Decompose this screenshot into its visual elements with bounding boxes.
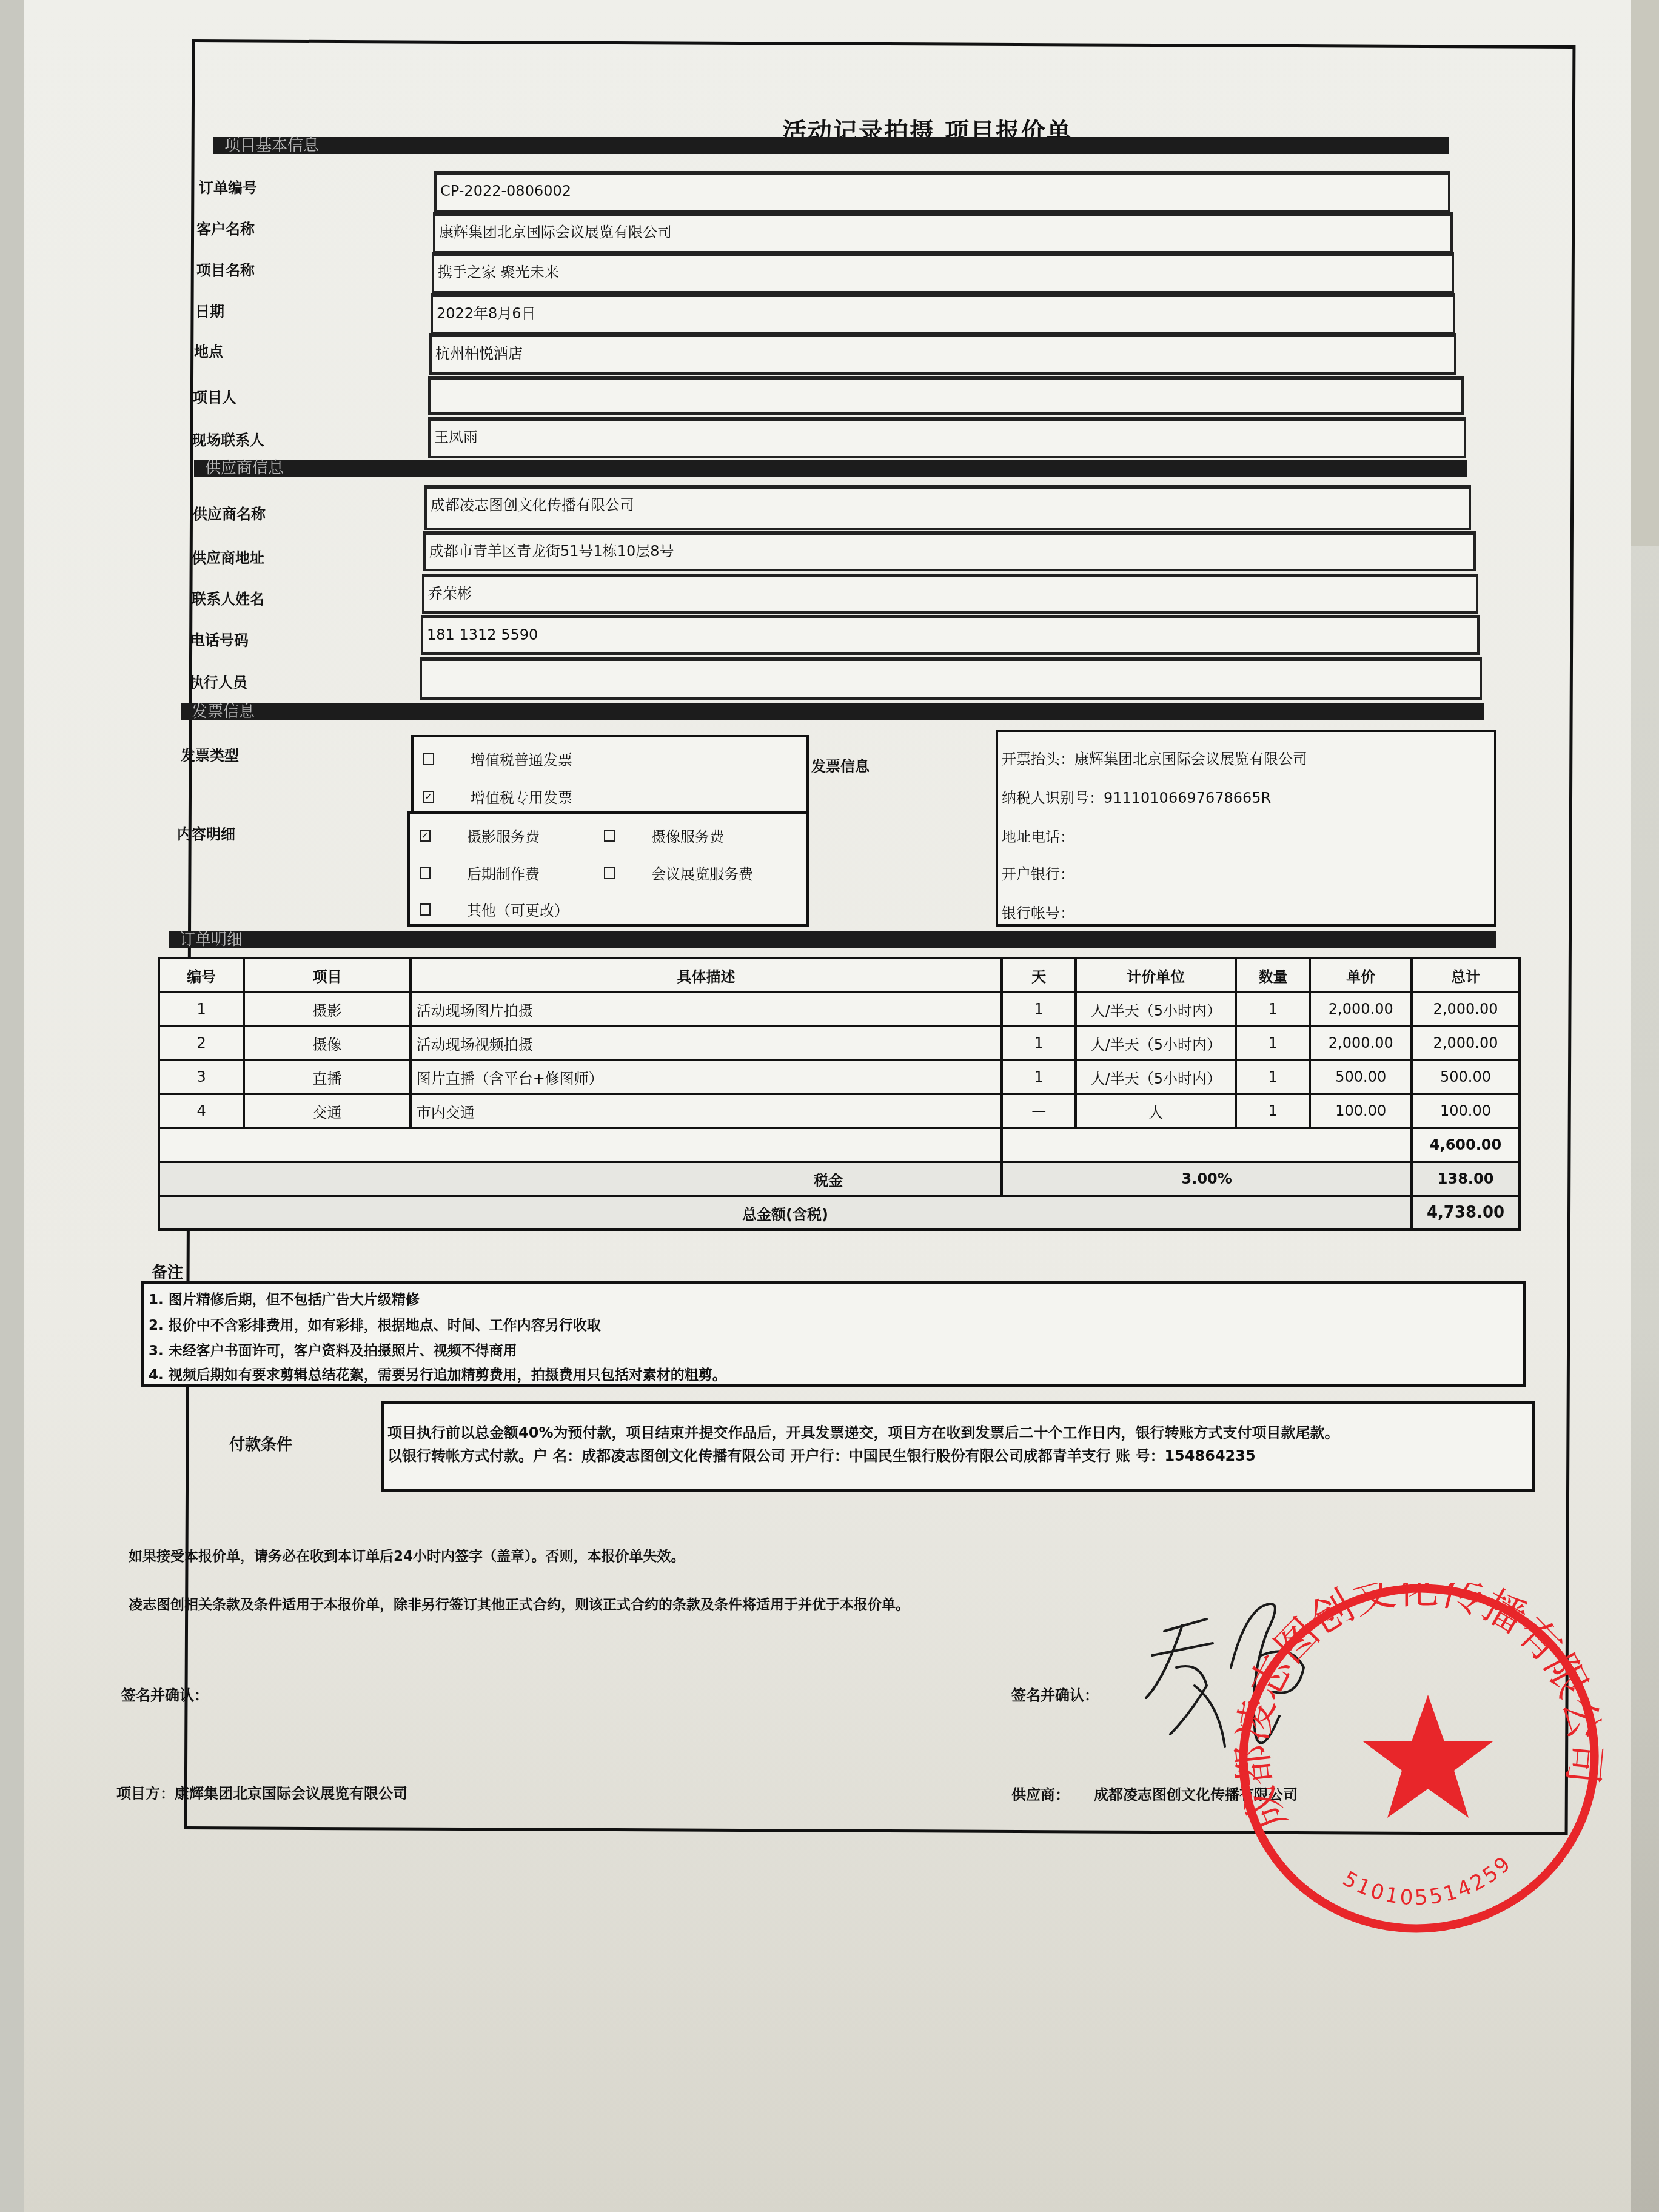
- invoice-content-box: ✓ 摄影服务费 摄像服务费 后期制作费 会议展览服务费 其他（可更改）: [407, 811, 809, 927]
- payment-term-line: 项目执行前以总金额40%为预付款，项目结束并提交作品后，开具发票递交，项目方在收…: [387, 1421, 1339, 1442]
- note-item: 3. 未经客户书面许可，客户资料及拍摄照片、视频不得商用: [149, 1339, 517, 1359]
- cell-total: 2,000.00: [1412, 992, 1520, 1026]
- cell-item: 交通: [244, 1094, 410, 1128]
- cell-price: 500.00: [1310, 1060, 1412, 1094]
- table-row: 1摄影活动现场图片拍摄1人/半天（5小时内）12,000.002,000.00: [159, 992, 1520, 1026]
- checkbox[interactable]: ✓: [423, 791, 434, 803]
- company-seal: 成都凌志图创文化传播有限公司 5101055142594: [1219, 1583, 1607, 1946]
- grand-total-row: 总金额(含税) 4,738.00: [159, 1196, 1520, 1230]
- table-header-row: 编号 项目 具体描述 天 计价单位 数量 单价 总计: [159, 958, 1520, 992]
- cell-unit: 人/半天（5小时内）: [1076, 1060, 1236, 1094]
- cell-days: 1: [1002, 992, 1076, 1026]
- notes-label: 备注: [152, 1260, 183, 1282]
- table-row: 2摄像活动现场视频拍摄1人/半天（5小时内）12,000.002,000.00: [159, 1026, 1520, 1060]
- field-value[interactable]: 康辉集团北京国际会议展览有限公司: [433, 212, 1453, 253]
- invoice-info-box: 开票抬头：康辉集团北京国际会议展览有限公司 纳税人识别号：91110106697…: [996, 730, 1496, 927]
- option-label: 增值税普通发票: [471, 748, 572, 769]
- validity-statement: 如果接受本报价单，请务必在收到本订单后24小时内签字（盖章）。否则，本报价单失效…: [129, 1545, 685, 1565]
- cell-item: 直播: [244, 1060, 410, 1094]
- content-option[interactable]: 其他（可更改）: [420, 899, 569, 920]
- field-value[interactable]: 携手之家 聚光未来: [432, 252, 1454, 293]
- tax-row: 税金 3.00% 138.00: [159, 1162, 1520, 1196]
- col-days: 天: [1002, 958, 1076, 992]
- field-value[interactable]: 181 1312 5590: [421, 615, 1480, 655]
- cell-unit: 人: [1076, 1094, 1236, 1128]
- invoice-content-label: 内容明细: [177, 822, 235, 843]
- note-item: 1. 图片精修后期，但不包括广告大片级精修: [149, 1289, 420, 1309]
- cell-no: 2: [159, 1026, 244, 1060]
- field-label: 订单编号: [199, 176, 257, 197]
- notes-box: 1. 图片精修后期，但不包括广告大片级精修 2. 报价中不含彩排费用，如有彩排，…: [141, 1281, 1526, 1387]
- field-value[interactable]: 成都市青羊区青龙街51号1栋10层8号: [423, 531, 1476, 571]
- option-label: 摄影服务费: [467, 825, 540, 846]
- content-option[interactable]: 后期制作费: [420, 862, 540, 883]
- cell-item: 摄影: [244, 992, 410, 1026]
- cell-unit: 人/半天（5小时内）: [1076, 992, 1236, 1026]
- cell-item: 摄像: [244, 1026, 410, 1060]
- payment-terms-box: 项目执行前以总金额40%为预付款，项目结束并提交作品后，开具发票递交，项目方在收…: [381, 1401, 1535, 1492]
- cell-desc: 市内交通: [411, 1094, 1002, 1128]
- cell-desc: 活动现场图片拍摄: [411, 992, 1002, 1026]
- section-basic-info: 项目基本信息: [213, 137, 1449, 154]
- terms-statement: 凌志图创相关条款及条件适用于本报价单，除非另行签订其他正式合约，则该正式合约的条…: [129, 1594, 910, 1614]
- cell-price: 2,000.00: [1310, 992, 1412, 1026]
- taxpayer-id-line: 纳税人识别号：91110106697678665R: [1002, 786, 1271, 807]
- cell-qty: 1: [1236, 1060, 1310, 1094]
- cell-qty: 1: [1236, 1026, 1310, 1060]
- subtotal-value: 4,600.00: [1412, 1128, 1520, 1162]
- col-item: 项目: [244, 958, 410, 992]
- quotation-document: 活动记录拍摄 项目报价单 项目基本信息 订单编号CP-2022-0806002客…: [0, 0, 1659, 2212]
- field-value[interactable]: 2022年8月6日: [431, 293, 1455, 335]
- field-value[interactable]: 王凤雨: [428, 417, 1466, 458]
- cell-price: 2,000.00: [1310, 1026, 1412, 1060]
- option-label: 摄像服务费: [651, 825, 724, 846]
- option-label: 增值税专用发票: [471, 786, 572, 807]
- supplier-confirm-label: 签名并确认：: [1011, 1683, 1099, 1704]
- cell-total: 500.00: [1412, 1060, 1520, 1094]
- grand-total-label: 总金额(含税): [159, 1196, 1412, 1230]
- field-value[interactable]: CP-2022-0806002: [434, 171, 1450, 212]
- subtotal-row: 4,600.00: [159, 1128, 1520, 1162]
- field-label: 项目名称: [196, 258, 255, 280]
- bank-line: 开户银行：: [1002, 862, 1074, 883]
- content-option[interactable]: 会议展览服务费: [604, 862, 753, 883]
- payment-terms-label: 付款条件: [229, 1432, 292, 1455]
- col-no: 编号: [159, 958, 244, 992]
- table-row: 3直播图片直播（含平台+修图师）1人/半天（5小时内）1500.00500.00: [159, 1060, 1520, 1094]
- field-value[interactable]: [428, 376, 1464, 415]
- checkbox[interactable]: ✓: [420, 829, 431, 842]
- option-label: 会议展览服务费: [651, 862, 753, 883]
- col-unit: 计价单位: [1076, 958, 1236, 992]
- tax-rate: 3.00%: [1002, 1162, 1412, 1196]
- tax-amount: 138.00: [1412, 1162, 1520, 1196]
- cell-days: —: [1002, 1094, 1076, 1128]
- col-desc: 具体描述: [411, 958, 1002, 992]
- field-label: 客户名称: [196, 217, 255, 238]
- field-label: 执行人员: [189, 671, 247, 692]
- option-label: 其他（可更改）: [467, 899, 569, 920]
- cell-qty: 1: [1236, 1094, 1310, 1128]
- invoice-type-option[interactable]: 增值税普通发票: [423, 748, 572, 769]
- field-label: 联系人姓名: [192, 587, 264, 608]
- field-label: 地点: [194, 340, 223, 361]
- field-label: 电话号码: [190, 628, 249, 649]
- cell-total: 2,000.00: [1412, 1026, 1520, 1060]
- field-value[interactable]: 成都凌志图创文化传播有限公司: [424, 485, 1471, 530]
- checkbox[interactable]: [423, 753, 434, 765]
- supplier-party-label: 供应商：: [1011, 1783, 1070, 1804]
- invoice-info-label: 发票信息: [811, 754, 870, 776]
- checkbox[interactable]: [604, 829, 615, 842]
- invoice-title-line: 开票抬头：康辉集团北京国际会议展览有限公司: [1002, 747, 1307, 768]
- bank-account-line: 银行帐号：: [1002, 901, 1074, 922]
- client-party: 项目方：康辉集团北京国际会议展览有限公司: [116, 1781, 407, 1803]
- checkbox[interactable]: [604, 867, 615, 879]
- seal-text: 成都凌志图创文化传播有限公司: [1228, 1583, 1607, 1837]
- field-label: 供应商地址: [192, 546, 264, 567]
- col-price: 单价: [1310, 958, 1412, 992]
- cell-price: 100.00: [1310, 1094, 1412, 1128]
- checkbox[interactable]: [420, 867, 431, 879]
- field-label: 现场联系人: [192, 428, 264, 449]
- field-value[interactable]: 杭州柏悦酒店: [429, 333, 1456, 375]
- cell-no: 3: [159, 1060, 244, 1094]
- content-option[interactable]: 摄像服务费: [604, 825, 724, 846]
- cell-no: 4: [159, 1094, 244, 1128]
- cell-no: 1: [159, 992, 244, 1026]
- cell-days: 1: [1002, 1060, 1076, 1094]
- checkbox[interactable]: [420, 903, 431, 916]
- cell-unit: 人/半天（5小时内）: [1076, 1026, 1236, 1060]
- option-label: 后期制作费: [467, 862, 540, 883]
- field-value[interactable]: [420, 657, 1482, 700]
- section-order-detail: 订单明细: [169, 931, 1496, 948]
- invoice-type-label: 发票类型: [181, 743, 239, 765]
- payment-account-line: 以银行转帐方式付款。户 名：成都凌志图创文化传播有限公司 开户行：中国民生银行股…: [387, 1444, 1256, 1465]
- content-option[interactable]: ✓ 摄影服务费: [420, 825, 540, 846]
- col-qty: 数量: [1236, 958, 1310, 992]
- cell-qty: 1: [1236, 992, 1310, 1026]
- invoice-type-box: 增值税普通发票 ✓ 增值税专用发票: [411, 735, 809, 814]
- field-label: 供应商名称: [193, 502, 266, 523]
- field-label: 项目人: [193, 386, 236, 407]
- field-value[interactable]: 乔荣彬: [422, 574, 1478, 614]
- col-total: 总计: [1412, 958, 1520, 992]
- cell-total: 100.00: [1412, 1094, 1520, 1128]
- invoice-type-option[interactable]: ✓ 增值税专用发票: [423, 786, 572, 807]
- cell-desc: 图片直播（含平台+修图师）: [411, 1060, 1002, 1094]
- cell-desc: 活动现场视频拍摄: [411, 1026, 1002, 1060]
- note-item: 2. 报价中不含彩排费用，如有彩排，根据地点、时间、工作内容另行收取: [149, 1314, 601, 1334]
- field-label: 日期: [195, 300, 224, 321]
- section-invoice-info: 发票信息: [181, 703, 1484, 720]
- table-row: 4交通市内交通—人1100.00100.00: [159, 1094, 1520, 1128]
- order-table: 编号 项目 具体描述 天 计价单位 数量 单价 总计 1摄影活动现场图片拍摄1人…: [158, 957, 1521, 1231]
- grand-total-value: 4,738.00: [1412, 1196, 1520, 1230]
- client-confirm-label: 签名并确认：: [121, 1683, 209, 1704]
- note-item: 4. 视频后期如有要求剪辑总结花絮，需要另行追加精剪费用，拍摄费用只包括对素材的…: [149, 1364, 726, 1384]
- tax-label: 税金: [159, 1162, 1002, 1196]
- section-supplier-info: 供应商信息: [194, 460, 1467, 477]
- cell-days: 1: [1002, 1026, 1076, 1060]
- address-phone-line: 地址电话：: [1002, 825, 1074, 846]
